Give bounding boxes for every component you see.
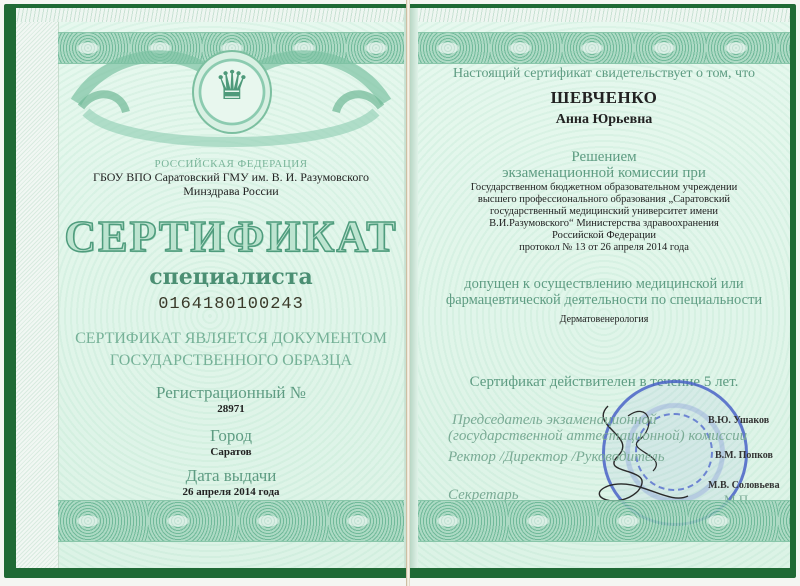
bottom-ornament-band	[58, 500, 404, 542]
specialty-value: Дерматовенерология	[418, 314, 790, 325]
body-line: В.И.Разумовского“ Министерства здравоохр…	[418, 218, 790, 230]
state-document-line1: СЕРТИФИКАТ ЯВЛЯЕТСЯ ДОКУМЕНТОМ	[58, 328, 404, 350]
chair-label-line2: (государственной аттестационной) комисси…	[448, 428, 747, 444]
right-page: Настоящий сертификат свидетельствует о т…	[418, 8, 790, 568]
decision-line2: экзаменационной комиссии при	[418, 165, 790, 181]
issue-date-label: Дата выдачи	[58, 466, 404, 486]
secretary-name: М.В. Соловьева	[708, 480, 780, 491]
certificate-title: СЕРТИФИКАТ	[58, 214, 404, 260]
city-label: Город	[58, 426, 404, 446]
top-ornament-band	[418, 32, 790, 64]
microtext-strip	[16, 8, 59, 568]
city-value: Саратов	[58, 446, 404, 458]
institution-ministry: Минздрава России	[58, 184, 404, 198]
body-line: государственный медицинский университет …	[418, 206, 790, 218]
binding-string	[406, 0, 410, 586]
state-document-line2: ГОСУДАРСТВЕННОГО ОБРАЗЦА	[58, 350, 404, 372]
institution-body: Государственном бюджетном образовательно…	[418, 182, 790, 254]
rector-label: Ректор /Директор /Руководитель	[448, 449, 665, 465]
body-line: Государственном бюджетном образовательно…	[418, 182, 790, 194]
body-line: высшего профессионального образования „С…	[418, 194, 790, 206]
bottom-ornament-band	[418, 500, 790, 542]
serial-number: 0164180100243	[58, 295, 404, 314]
institution-name: ГБОУ ВПО Саратовский ГМУ им. В. И. Разум…	[58, 170, 404, 184]
rector-name: В.М. Попков	[715, 450, 773, 461]
country-label: РОССИЙСКАЯ ФЕДЕРАЦИЯ	[58, 158, 404, 170]
registration-number: 28971	[58, 403, 404, 415]
top-microtext	[16, 8, 404, 22]
body-line: протокол № 13 от 26 апреля 2014 года	[418, 242, 790, 254]
admitted-line1: допущен к осуществлению медицинской или	[418, 276, 790, 292]
left-page: ♛ РОССИЙСКАЯ ФЕДЕРАЦИЯ ГБОУ ВПО Саратовс…	[16, 8, 404, 568]
registration-label: Регистрационный №	[58, 383, 404, 403]
holder-surname: ШЕВЧЕНКО	[418, 88, 790, 108]
decision-line1: Решением	[418, 149, 790, 165]
intro-text: Настоящий сертификат свидетельствует о т…	[418, 66, 790, 82]
issue-date-value: 26 апреля 2014 года	[58, 486, 404, 498]
emblem-medallion: ♛	[192, 50, 272, 134]
top-microtext	[418, 8, 790, 22]
holder-given-names: Анна Юрьевна	[418, 112, 790, 128]
coat-of-arms-icon: ♛	[194, 66, 270, 106]
chair-label-line1: Председатель экзаменационной	[452, 412, 657, 428]
body-line: Российской Федерации	[418, 230, 790, 242]
chair-name: В.Ю. Ушаков	[708, 415, 769, 426]
certificate-subtitle: специалиста	[58, 264, 404, 290]
validity-text: Сертификат действителен в течение 5 лет.	[418, 374, 790, 391]
admitted-line2: фармацевтической деятельности по специал…	[418, 292, 790, 308]
